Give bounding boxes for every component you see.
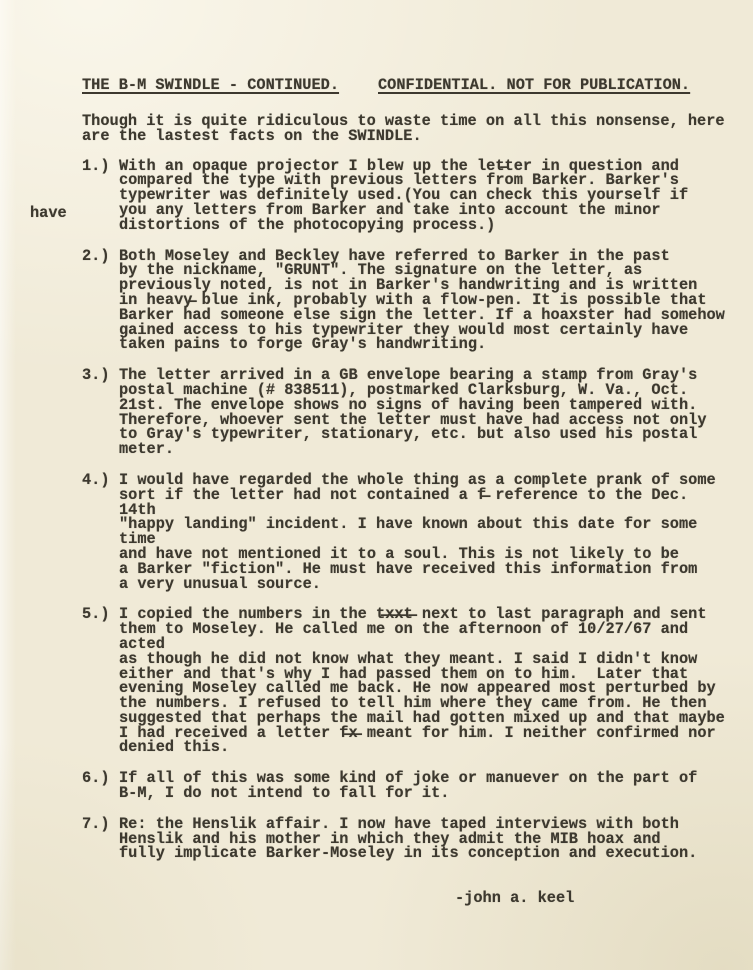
signature: -john a. keel: [455, 891, 730, 906]
document-header: THE B-M SWINDLE - CONTINUED. CONFIDENTIA…: [82, 78, 730, 99]
item-text: I copied the numbers in the t̶x̶x̶t̶ nex…: [119, 607, 730, 755]
item-text: With an opaque projector I blew up the l…: [119, 159, 730, 233]
intro-paragraph: Though it is quite ridiculous to waste t…: [82, 114, 730, 144]
page-title: THE B-M SWINDLE - CONTINUED.: [82, 76, 339, 94]
list-item: 6.) If all of this was some kind of joke…: [82, 771, 730, 801]
list-item: 7.) Re: the Henslik affair. I now have t…: [82, 817, 730, 861]
list-item: 5.) I copied the numbers in the t̶x̶x̶t̶…: [82, 607, 730, 755]
list-item: 1.) With an opaque projector I blew up t…: [82, 159, 730, 233]
item-text: I would have regarded the whole thing as…: [119, 473, 730, 591]
document-page: have THE B-M SWINDLE - CONTINUED. CONFID…: [0, 0, 753, 970]
document-content: THE B-M SWINDLE - CONTINUED. CONFIDENTIA…: [82, 78, 730, 906]
item-text: Both Moseley and Beckley have referred t…: [119, 249, 730, 353]
item-number: 7.): [82, 817, 119, 861]
list-item: 3.) The letter arrived in a GB envelope …: [82, 368, 730, 457]
list-item: 2.) Both Moseley and Beckley have referr…: [82, 249, 730, 353]
item-number: 6.): [82, 771, 119, 801]
item-text: If all of this was some kind of joke or …: [119, 771, 730, 801]
item-number: 2.): [82, 249, 119, 353]
item-number: 4.): [82, 473, 119, 591]
item-number: 1.): [82, 159, 119, 233]
confidential-notice: CONFIDENTIAL. NOT FOR PUBLICATION.: [378, 78, 690, 93]
item-text: Re: the Henslik affair. I now have taped…: [119, 817, 730, 861]
list-item: 4.) I would have regarded the whole thin…: [82, 473, 730, 591]
item-number: 3.): [82, 368, 119, 457]
margin-note: have: [30, 206, 67, 221]
item-number: 5.): [82, 607, 119, 755]
item-text: The letter arrived in a GB envelope bear…: [119, 368, 730, 457]
